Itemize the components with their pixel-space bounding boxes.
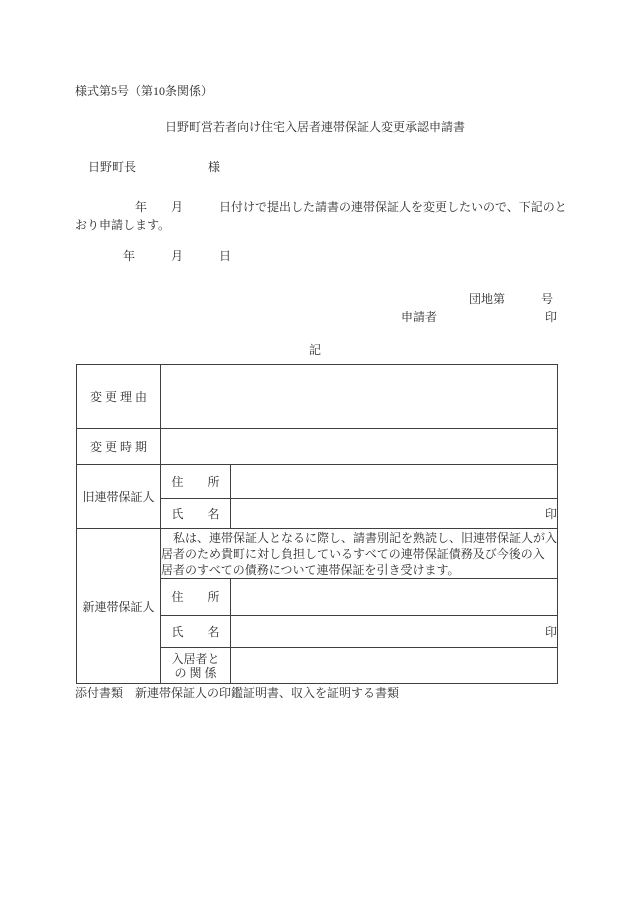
- new-guarantor-address-field[interactable]: [231, 579, 558, 616]
- date-line: 年 月 日: [75, 250, 231, 263]
- new-guarantor-name-label: 氏 名: [161, 616, 231, 648]
- change-time-field[interactable]: [161, 429, 558, 465]
- old-guarantor-name-label: 氏 名: [161, 499, 231, 529]
- old-guarantor-label: 旧連帯保証人: [77, 465, 161, 529]
- note-heading: 記: [0, 344, 630, 357]
- applicant-seal-line: 申請者 印: [401, 311, 557, 324]
- form-number-label: 様式第5号（第10条関係）: [75, 85, 213, 98]
- change-reason-field[interactable]: [161, 365, 558, 429]
- document-page: 様式第5号（第10条関係） 日野町営若者向け住宅入居者連帯保証人変更承認申請書 …: [0, 0, 630, 915]
- document-title: 日野町営若者向け住宅入居者連帯保証人変更承認申請書: [0, 121, 630, 134]
- new-guarantor-address-label: 住 所: [161, 579, 231, 616]
- addressee-line: 日野町長 様: [88, 161, 220, 174]
- estate-number-line: 団地第 号: [469, 293, 553, 306]
- guarantor-pledge-text: 私は、連帯保証人となるに際し、請書別記を熟読し、旧連帯保証人が入 居者のため貴町…: [161, 529, 558, 579]
- old-guarantor-seal-mark: 印: [545, 507, 557, 521]
- attachment-note: 添付書類 新連帯保証人の印鑑証明書、収入を証明する書類: [75, 687, 399, 700]
- change-time-label: 変 更 時 期: [77, 429, 161, 465]
- new-guarantor-seal-mark: 印: [545, 625, 557, 639]
- change-reason-label: 変 更 理 由: [77, 365, 161, 429]
- old-guarantor-name-field[interactable]: 印: [231, 499, 558, 529]
- tenant-relation-label: 入居者と の 関 係: [161, 648, 231, 684]
- old-guarantor-address-label: 住 所: [161, 465, 231, 499]
- new-guarantor-name-field[interactable]: 印: [231, 616, 558, 648]
- body-paragraph: 年 月 日付けで提出した請書の連帯保証人を変更したいので、下記のと おり申請しま…: [75, 198, 567, 234]
- tenant-relation-field[interactable]: [231, 648, 558, 684]
- old-guarantor-address-field[interactable]: [231, 465, 558, 499]
- guarantor-change-table: 変 更 理 由 変 更 時 期 旧連帯保証人 住 所 氏 名 印 新連帯保証人 …: [76, 364, 558, 684]
- new-guarantor-label: 新連帯保証人: [77, 529, 161, 684]
